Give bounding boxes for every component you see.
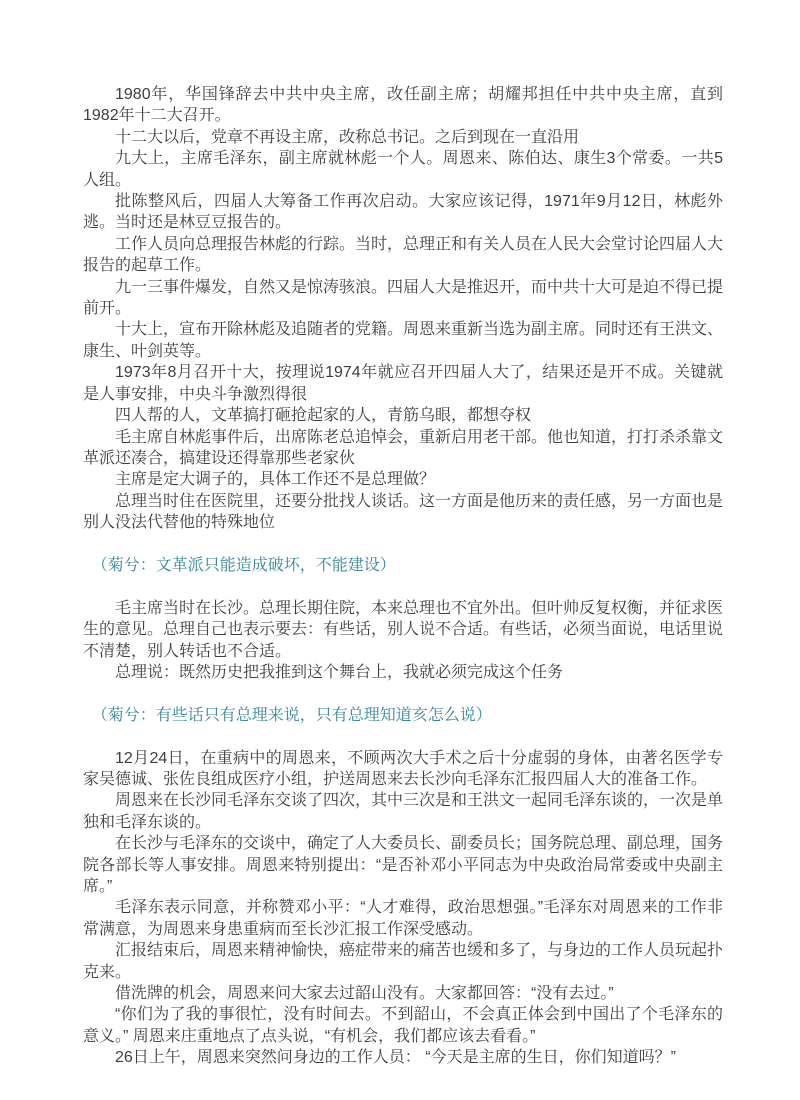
body-paragraph: 九一三事件爆发，自然又是惊涛骇浪。四届人大是推迟开，而中共十大可是迫不得已提前开… (83, 277, 723, 320)
body-paragraph: 毛主席自林彪事件后，出席陈老总追悼会，重新启用老干部。他也知道，打打杀杀靠文革派… (83, 427, 723, 470)
document-page: 1980年，华国锋辞去中共中央主席，改任副主席；胡耀邦担任中共中央主席，直到19… (0, 0, 800, 1100)
body-paragraph: 汇报结束后，周恩来精神愉快，癌症带来的痛苦也缓和多了，与身边的工作人员玩起扑克来… (83, 940, 723, 983)
body-paragraph: 周恩来在长沙同毛泽东交谈了四次，其中三次是和王洪文一起同毛泽东谈的，一次是单独和… (83, 790, 723, 833)
body-paragraph: 毛泽东表示同意，并称赞邓小平：“人才难得，政治思想强。”毛泽东对周恩来的工作非常… (83, 897, 723, 940)
document-content: 1980年，华国锋辞去中共中央主席，改任副主席；胡耀邦担任中共中央主席，直到19… (83, 84, 723, 1069)
annotation-note: （菊兮：文革派只能造成破坏，不能建设） (83, 555, 723, 576)
body-paragraph: 借洗牌的机会，周恩来问大家去过韶山没有。大家都回答：“没有去过。” (83, 983, 723, 1004)
body-paragraph: 26日上午，周恩来突然问身边的工作人员： “今天是主席的生日，你们知道吗？” (83, 1047, 723, 1068)
body-paragraph: 1973年8月召开十大，按理说1974年就应召开四届人大了，结果还是开不成。关键… (83, 362, 723, 405)
body-paragraph: 总理当时住在医院里，还要分批找人谈话。这一方面是他历来的责任感，另一方面也是别人… (83, 491, 723, 534)
body-paragraph: “你们为了我的事很忙，没有时间去。不到韶山，不会真正体会到中国出了个毛泽东的意义… (83, 1004, 723, 1047)
body-paragraph: 毛主席当时在长沙。总理长期住院，本来总理也不宜外出。但叶帅反复权衡，并征求医生的… (83, 598, 723, 662)
body-paragraph: 12月24日，在重病中的周恩来，不顾两次大手术之后十分虚弱的身体，由著名医学专家… (83, 748, 723, 791)
annotation-note: （菊兮：有些话只有总理来说，只有总理知道亥怎么说） (83, 705, 723, 726)
body-paragraph: 批陈整风后，四届人大筹备工作再次启动。大家应该记得，1971年9月12日，林彪外… (83, 191, 723, 234)
body-paragraph: 总理说：既然历史把我推到这个舞台上，我就必须完成这个任务 (83, 662, 723, 683)
body-paragraph: 1980年，华国锋辞去中共中央主席，改任副主席；胡耀邦担任中共中央主席，直到19… (83, 84, 723, 127)
body-paragraph: 主席是定大调子的，具体工作还不是总理做？ (83, 469, 723, 490)
body-paragraph: 九大上，主席毛泽东，副主席就林彪一个人。周恩来、陈伯达、康生3个常委。一共5人组… (83, 148, 723, 191)
body-paragraph: 在长沙与毛泽东的交谈中，确定了人大委员长、副委员长；国务院总理、副总理，国务院各… (83, 833, 723, 897)
body-paragraph: 十二大以后，党章不再设主席，改称总书记。之后到现在一直沿用 (83, 127, 723, 148)
body-paragraph: 四人帮的人，文革搞打砸抢起家的人，青筋乌眼，都想夺权 (83, 405, 723, 426)
body-paragraph: 工作人员向总理报告林彪的行踪。当时，总理正和有关人员在人民大会堂讨论四届人大报告… (83, 234, 723, 277)
body-paragraph: 十大上，宣布开除林彪及追随者的党籍。周恩来重新当选为副主席。同时还有王洪文、康生… (83, 319, 723, 362)
